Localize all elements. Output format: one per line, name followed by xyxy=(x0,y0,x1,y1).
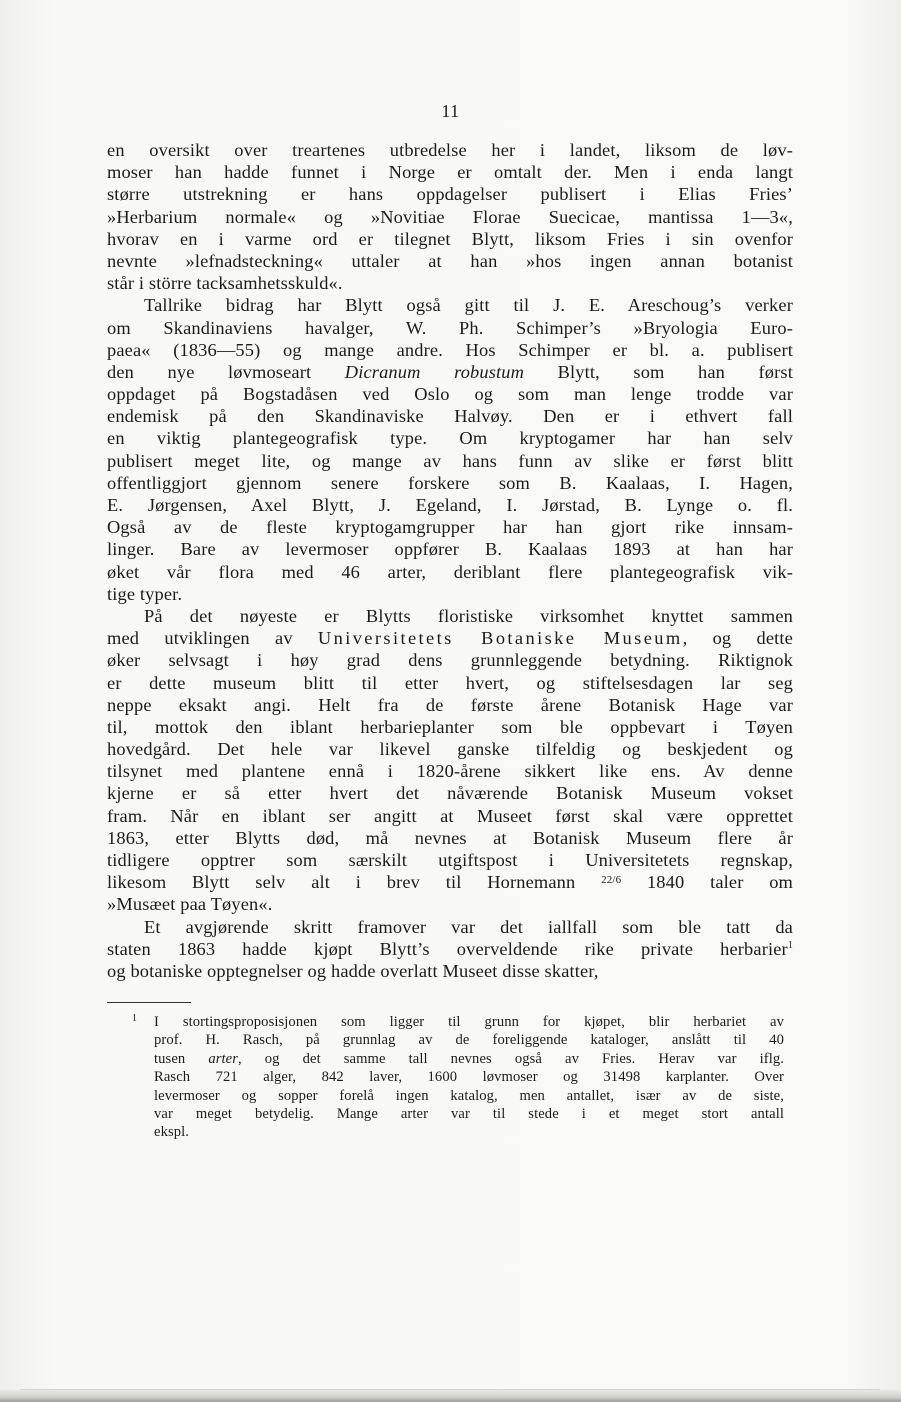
text-line: om Skandinaviens havalger, W. Ph. Schimp… xyxy=(107,317,793,339)
text-line: likesom Blytt selv alt i brev til Hornem… xyxy=(107,871,793,893)
footnote-reference: 1 xyxy=(788,940,793,951)
footnote-separator xyxy=(107,1002,191,1003)
text-line: offentliggjort gjennom senere forskere s… xyxy=(107,472,793,494)
text-line: linger. Bare av levermoser oppfører B. K… xyxy=(107,538,793,560)
text-line: øker selvsagt i høy grad dens grunnlegge… xyxy=(107,649,793,671)
footnote-line: tusen arter, og det samme tall nevnes og… xyxy=(154,1050,784,1068)
text-line: Også av de fleste kryptogamgrupper har h… xyxy=(107,516,793,538)
footnotes: 1 I stortingsproposisjonen som ligger ti… xyxy=(154,1013,784,1142)
text-line: med utviklingen av Universitetets Botani… xyxy=(107,627,793,649)
italic-term: Dicranum robustum xyxy=(345,362,524,382)
text-line: oppdaget på Bogstadåsen ved Oslo og som … xyxy=(107,383,793,405)
text-line: E. Jørgensen, Axel Blytt, J. Egeland, I.… xyxy=(107,494,793,516)
text-line: fram. Når en iblant ser angitt at Museet… xyxy=(107,805,793,827)
text-line: større utstrekning er hans oppdagelser p… xyxy=(107,183,793,205)
scanned-page: 11 en oversikt over treartenes utbredels… xyxy=(0,0,901,1402)
text-line: moser han hadde funnet i Norge er omtalt… xyxy=(107,161,793,183)
text-line: og botaniske opptegnelser og hadde overl… xyxy=(107,960,793,982)
text-line: paea« (1836—55) og mange andre. Hos Schi… xyxy=(107,339,793,361)
body-text: en oversikt over treartenes utbredelse h… xyxy=(107,139,793,982)
text-line: neppe eksakt angi. Helt fra de første år… xyxy=(107,694,793,716)
text-line: til, mottok den iblant herbarieplanter s… xyxy=(107,716,793,738)
text-line: publisert meget lite, og mange av hans f… xyxy=(107,450,793,472)
footnote-line: var meget betydelig. Mange arter var til… xyxy=(154,1105,784,1123)
footnote-line: levermoser og sopper forelå ingen katalo… xyxy=(154,1087,784,1105)
footnote-line: ekspl. xyxy=(154,1123,784,1141)
text-line: »Musæet paa Tøyen«. xyxy=(107,893,793,915)
text-line: kjerne er så etter hvert det nåværende B… xyxy=(107,782,793,804)
italic-term: arter xyxy=(208,1051,238,1067)
text-line: en viktig plantegeografisk type. Om kryp… xyxy=(107,427,793,449)
date-fraction: 22/6 xyxy=(601,874,621,886)
footnote-line: Rasch 721 alger, 842 laver, 1600 løvmose… xyxy=(154,1068,784,1086)
footnote-marker: 1 xyxy=(132,1013,137,1024)
text-line: På det nøyeste er Blytts floristiske vir… xyxy=(107,605,793,627)
text-line: er dette museum blitt til etter hvert, o… xyxy=(107,672,793,694)
text-line: står i större tacksamhetsskuld«. xyxy=(107,272,793,294)
text-line: hovedgård. Det hele var likevel ganske t… xyxy=(107,738,793,760)
text-line: staten 1863 hadde kjøpt Blytt’s overveld… xyxy=(107,938,793,960)
text-line: tige typer. xyxy=(107,583,793,605)
page-number: 11 xyxy=(0,101,901,122)
text-line: nevnte »lefnadsteckning« uttaler at han … xyxy=(107,250,793,272)
footnote-line: I stortingsproposisjonen som ligger til … xyxy=(154,1013,784,1031)
text-line: 1863, etter Blytts død, må nevnes at Bot… xyxy=(107,827,793,849)
text-line: endemisk på den Skandinaviske Halvøy. De… xyxy=(107,405,793,427)
text-line: hvorav en i varme ord er tilegnet Blytt,… xyxy=(107,228,793,250)
text-line: Tallrike bidrag har Blytt også gitt til … xyxy=(107,294,793,316)
text-line: tilsynet med plantene ennå i 1820-årene … xyxy=(107,760,793,782)
text-line: »Herbarium normale« og »Novitiae Florae … xyxy=(107,206,793,228)
text-line: den nye løvmoseart Dicranum robustum Bly… xyxy=(107,361,793,383)
scan-bottom-edge xyxy=(0,1390,901,1402)
spaced-emphasis: Universitetets Botaniske Museum xyxy=(318,628,683,648)
text-line: en oversikt over treartenes utbredelse h… xyxy=(107,139,793,161)
text-line: øket vår flora med 46 arter, deriblant f… xyxy=(107,561,793,583)
text-line: tidligere opptrer som særskilt utgiftspo… xyxy=(107,849,793,871)
text-line: Et avgjørende skritt framover var det ia… xyxy=(107,916,793,938)
footnote-line: prof. H. Rasch, på grunnlag av de foreli… xyxy=(154,1031,784,1049)
